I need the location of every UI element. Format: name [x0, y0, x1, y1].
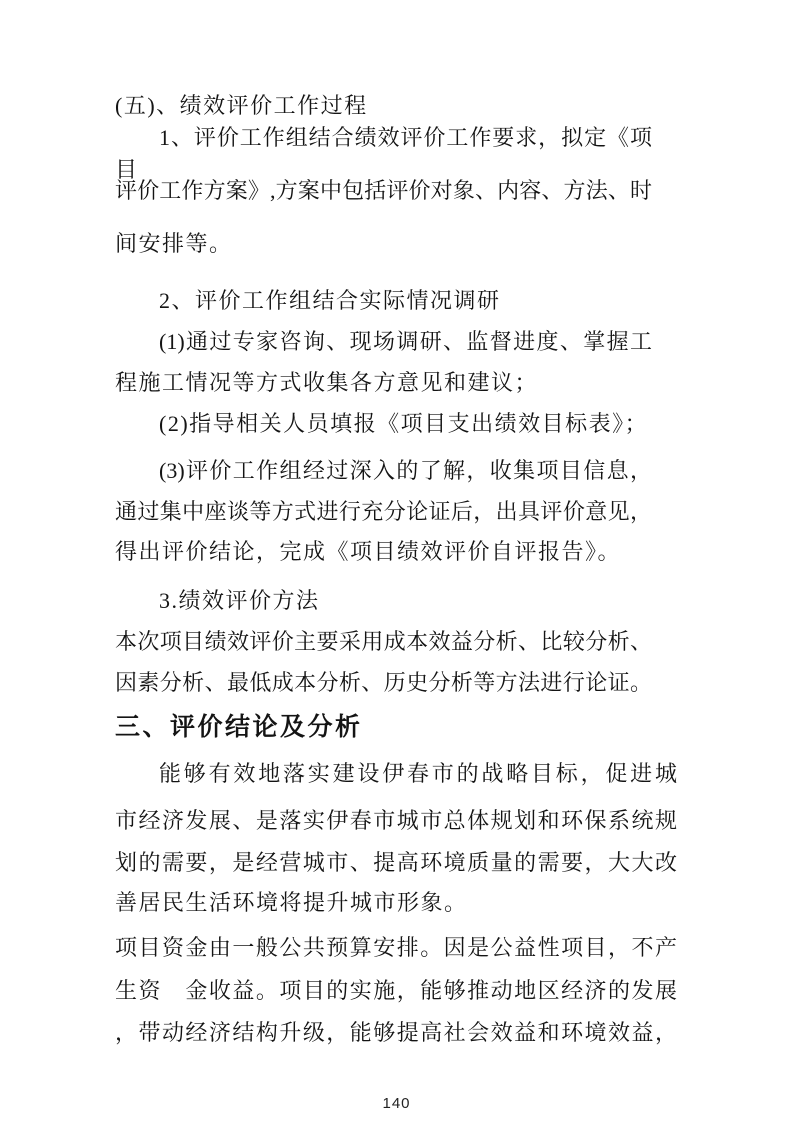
item2-heading: 2、评价工作组结合实际情况调研: [115, 285, 652, 317]
item2-sub1-line2: 程施工情况等方式收集各方意见和建议；: [115, 367, 652, 399]
item3-heading: 3.绩效评价方法: [115, 585, 652, 617]
item3-line1: 本次项目绩效评价主要采用成本效益分析、比较分析、: [115, 626, 652, 658]
item2-sub3-line1: (3)评价工作组经过深入的了解，收集项目信息，: [115, 455, 652, 487]
para1-line2: 评价工作方案》,方案中包括评价对象、内容、方法、时: [115, 175, 652, 207]
conclusion-para2-line2: 生资 金收益。项目的实施，能够推动地区经济的发展: [115, 975, 677, 1007]
conclusion-para1-line3: 划的需要，是经营城市、提高环境质量的需要，大大改: [115, 847, 677, 879]
page-number: 140: [0, 1095, 793, 1112]
item2-sub3-line2: 通过集中座谈等方式进行充分论证后，出具评价意见，: [115, 496, 652, 528]
conclusion-para2-line3: ，带动经济结构升级，能够提高社会效益和环境效益，: [115, 1017, 677, 1049]
item2-sub1-line1: (1)通过专家咨询、现场调研、监督进度、掌握工: [115, 326, 652, 358]
document-page: (五)、绩效评价工作过程 1、评价工作组结合绩效评价工作要求，拟定《项目 评价工…: [0, 0, 793, 1122]
item2-sub2: (2)指导相关人员填报《项目支出绩效目标表》；: [115, 408, 652, 440]
section-heading-5: (五)、绩效评价工作过程: [115, 90, 652, 122]
conclusion-para1-line1: 能够有效地落实建设伊春市的战略目标，促进城: [115, 758, 677, 790]
item3-line2: 因素分析、最低成本分析、历史分析等方法进行论证。: [115, 667, 652, 699]
conclusion-para2-line1: 项目资金由一般公共预算安排。因是公益性项目，不产: [115, 932, 677, 964]
para1-line3: 间安排等。: [115, 228, 652, 260]
item2-sub3-line3: 得出评价结论，完成《项目绩效评价自评报告》。: [115, 536, 652, 568]
chapter-heading-3: 三、评价结论及分析: [115, 710, 652, 744]
conclusion-para1-line4: 善居民生活环境将提升城市形象。: [115, 887, 677, 919]
conclusion-para1-line2: 市经济发展、是落实伊春市城市总体规划和环保系统规: [115, 805, 677, 837]
